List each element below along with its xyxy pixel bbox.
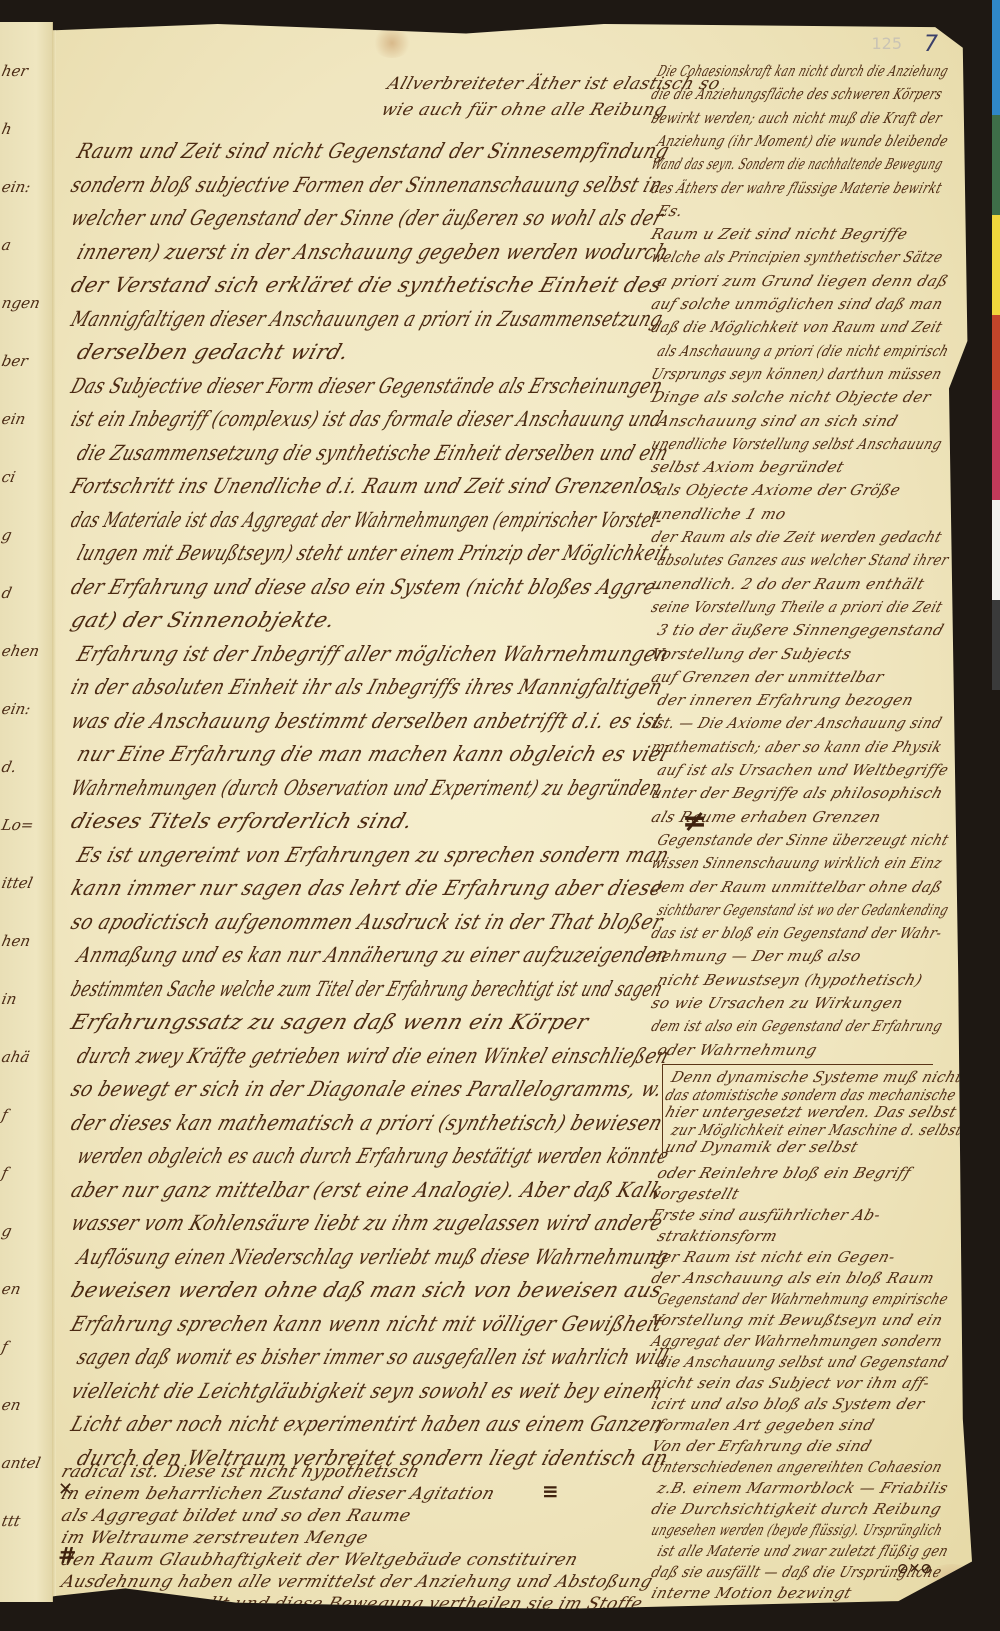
handwritten-line: Ausdehnung haben alle vermittelst der An…: [59, 1572, 656, 1592]
handwritten-line: Erfahrung sprechen kann wenn nicht mit v…: [68, 1312, 666, 1336]
handwritten-line: nicht Bewustseyn (hypothetisch): [655, 971, 925, 989]
left-page-fragment: g: [0, 526, 13, 544]
handwritten-line: Gegenstand der Wahrnehmung empirische: [655, 1290, 951, 1308]
handwritten-line: a priori zum Grund liegen denn daß: [655, 272, 951, 290]
handwritten-line: in einem beharrlichen Zustand dieser Agi…: [59, 1484, 498, 1504]
handwritten-line: Vorstellung der Subjects: [649, 645, 854, 663]
page-number: 7: [924, 32, 938, 57]
left-page-fragment: f: [0, 1338, 9, 1356]
handwritten-line: so wie Ursachen zu Wirkungen: [649, 994, 905, 1012]
handwritten-line: der Raum ist nicht ein Gegen-: [649, 1248, 898, 1266]
handwritten-line: selbst Axiom begründet: [649, 458, 847, 476]
left-page-fragment: d: [0, 584, 13, 602]
left-page-fragment: ittel: [0, 874, 34, 892]
handwritten-line: Anziehung (ihr Moment) die wunde bleiben…: [655, 132, 951, 150]
left-page-fragment: her: [0, 62, 30, 80]
handwritten-line: als Anschauung a priori (die nicht empir…: [655, 342, 951, 360]
handwritten-line: lungen mit Bewußtseyn) steht unter einem…: [74, 541, 672, 565]
handwritten-line: das Materiale ist das Aggregat der Wahrn…: [68, 508, 666, 532]
handwritten-line: Erfahrung ist der Inbegriff aller möglic…: [74, 642, 672, 666]
handwritten-line: bewirkt werden; auch nicht muß die Kraft…: [649, 109, 945, 127]
handwritten-line: beweisen werden ohne daß man sich von be…: [68, 1278, 666, 1302]
handwritten-line: was die Anschauung bestimmt derselben an…: [68, 709, 665, 733]
handwritten-line: formalen Art gegeben sind: [655, 1416, 877, 1434]
handwritten-line: hier untergesetzt werden. Das selbst: [663, 1103, 959, 1121]
pencil-folio-number: 125: [871, 34, 902, 53]
handwritten-line: Anschauung sind an sich sind: [655, 412, 900, 430]
stain: [372, 28, 412, 58]
handwritten-line: Denn dynamische Systeme muß nicht: [669, 1068, 965, 1086]
oxo-mark-icon: ⊘✕⊘: [897, 1561, 932, 1577]
handwritten-line: zur Möglichkeit einer Maschine d. selbst: [669, 1121, 965, 1139]
handwritten-line: ungesehen werden (beyde flüssig). Ursprü…: [649, 1521, 945, 1539]
handwritten-line: kann immer nur sagen das lehrt die Erfah…: [68, 876, 666, 900]
handwritten-line: als Objecte Axiome der Größe: [655, 481, 903, 499]
handwritten-line: welcher und Gegenstand der Sinne (der äu…: [68, 206, 666, 230]
left-page-fragment: Lo=: [0, 816, 35, 834]
handwritten-line: Es ist ungereimt von Erfahrungen zu spre…: [74, 843, 672, 867]
handwritten-line: vorgehender Elemente: [655, 1605, 845, 1623]
handwritten-line: ist. — Die Axiome der Anschauung sind: [649, 714, 944, 732]
handwritten-line: durch zwey Kräfte getrieben wird die ein…: [74, 1044, 672, 1068]
handwritten-line: werden obgleich es auch durch Erfahrung …: [74, 1144, 672, 1168]
left-page-fragment: ahä: [0, 1048, 31, 1066]
handwritten-line: sondern bloß subjective Formen der Sinne…: [68, 173, 665, 197]
handwritten-line: dieses Titels erforderlich sind.: [68, 809, 416, 833]
calib-gray: [992, 600, 1000, 690]
handwritten-line: 3 tio der äußere Sinnengegenstand: [655, 621, 947, 639]
manuscript-page: 125 7 Allverbreiteter Äther ist elastisc…: [52, 24, 972, 1609]
calib-blue: [992, 0, 1000, 115]
handwritten-line: vielleicht die Leichtgläubigkeit seyn so…: [68, 1379, 666, 1403]
handwritten-line: die die Anziehungsfläche des schweren Kö…: [649, 85, 945, 103]
handwritten-line: Fortschritt ins Unendliche d.i. Raum und…: [68, 474, 665, 498]
handwritten-line: aber nur ganz mittelbar (erst eine Analo…: [68, 1178, 666, 1202]
handwritten-line: mathematisch; aber so kann die Physik: [649, 738, 945, 756]
handwritten-line: absolutes Ganzes aus welcher Stand ihrer: [655, 551, 951, 569]
handwritten-line: wasser vom Kohlensäure liebt zu ihm zuge…: [68, 1211, 666, 1235]
handwritten-line: die Anschauung selbst und Gegenstand: [655, 1353, 951, 1371]
handwritten-line: so apodictisch aufgenommen Ausdruck ist …: [68, 910, 666, 934]
left-page-fragment: antel: [0, 1454, 42, 1472]
handwritten-line: unendliche 1 mo: [649, 505, 789, 523]
fold-line: [52, 24, 56, 1609]
handwritten-line: den Raum Glaubhaftigkeit der Weltgebäude…: [59, 1550, 581, 1570]
handwritten-line: welche als Principien synthetischer Sätz…: [649, 248, 945, 266]
left-page-fragment: hen: [0, 932, 32, 950]
handwritten-line: das ist er bloß ein Gegenstand der Wahr-: [649, 924, 944, 942]
handwritten-line: unendliche Vorstellung selbst Anschauung: [649, 435, 944, 453]
left-page-fragment: ein:: [0, 178, 32, 196]
handwritten-line: Erste sind ausführlicher Ab-: [649, 1206, 883, 1224]
left-page-fragment: f: [0, 1106, 9, 1124]
handwritten-line: Aggregat der Wahrnehmungen sondern: [649, 1332, 945, 1350]
handwritten-line: Licht aber noch nicht experimentirt habe…: [68, 1412, 666, 1436]
handwritten-line: derselben gedacht wird.: [74, 340, 352, 364]
handwritten-line: dem ist also ein Gegenstand der Erfahrun…: [649, 1017, 945, 1035]
handwritten-line: sichtbarer Gegenstand ist wo der Gedanke…: [655, 901, 951, 919]
handwritten-line: icirt und also bloß als System der: [649, 1395, 927, 1413]
left-page-fragment: ci: [0, 468, 17, 486]
handwritten-line: seine Vorstellung Theile a priori die Ze…: [649, 598, 945, 616]
handwritten-line: dem der Raum unmittelbar ohne daß: [649, 878, 945, 896]
insertion-mark-icon: #: [58, 1544, 76, 1569]
handwritten-line: Ursprungs seyn können) darthun müssen: [649, 365, 944, 383]
handwritten-line: auf Grenzen der unmittelbar: [649, 668, 886, 686]
handwritten-line: nur Eine Erfahrung die man machen kann o…: [74, 742, 671, 766]
handwritten-line: interne Motion bezwingt: [649, 1584, 854, 1602]
handwritten-line: und Dynamik der selbst: [663, 1138, 861, 1156]
handwritten-line: der Erfahrung und diese also ein System …: [68, 575, 666, 599]
handwritten-line: der Raum als die Zeit werden gedacht: [649, 528, 944, 546]
color-calibration-strip: [992, 0, 1000, 690]
left-page-fragment: h: [0, 120, 13, 138]
handwritten-line: der Verstand sich erkläret die synthetis…: [68, 273, 665, 297]
handwritten-line: Auflösung einen Niederschlag verliebt mu…: [74, 1245, 672, 1269]
calib-yellow: [992, 215, 1000, 315]
handwritten-line: sagen daß womit es bisher immer so ausge…: [74, 1345, 671, 1369]
left-page-fragment: g: [0, 1222, 13, 1240]
handwritten-line: inneren) zuerst in der Anschauung gegebe…: [74, 240, 672, 264]
handwritten-line: Unterschiedenen angereihten Cohaesion: [649, 1458, 945, 1476]
left-page-fragment: f: [0, 1164, 9, 1182]
handwritten-line: der dieses kan mathematisch a priori (sy…: [68, 1111, 666, 1135]
handwritten-line: gerade vorgestellt und diese Bewegung ve…: [59, 1594, 646, 1614]
left-page-fragment: ttt: [0, 1512, 22, 1530]
left-page-fragment: ehen: [0, 642, 41, 660]
handwritten-line: so bewegt er sich in der Diagonale eines…: [68, 1077, 666, 1101]
handwritten-line: des Äthers der wahre flüssige Materie be…: [649, 179, 944, 197]
left-page-fragment: d.: [0, 758, 18, 776]
handwritten-line: Wand das seyn. Sondern die nachhaltende …: [649, 155, 945, 173]
insertion-mark-icon: ≠: [682, 804, 707, 839]
handwritten-line: nicht sein das Subject vor ihm aff-: [649, 1374, 932, 1392]
handwritten-line: gat) der Sinnenobjekte.: [68, 608, 339, 632]
left-page-edge: herhein:angenbereincigdehenein:d.Lo=itte…: [0, 22, 53, 1602]
handwritten-line: Raum und Zeit sind nicht Gegenstand der …: [74, 139, 672, 163]
left-page-fragment: ber: [0, 352, 29, 370]
handwritten-line: Das Subjective dieser Form dieser Gegens…: [68, 374, 666, 398]
insertion-mark-icon: ✕: [58, 1479, 73, 1500]
calib-red: [992, 390, 1000, 500]
handwritten-line: Erfahrungssatz zu sagen daß wenn ein Kör…: [68, 1010, 592, 1034]
left-page-fragment: ngen: [0, 294, 42, 312]
left-page-fragment: ein:: [0, 700, 32, 718]
handwritten-line: bestimmten Sache welche zum Titel der Er…: [68, 977, 666, 1001]
handwritten-line: Mannigfaltigen dieser Anschauungen a pri…: [68, 307, 666, 331]
handwritten-line: der inneren Erfahrung bezogen: [655, 691, 916, 709]
calib-green: [992, 115, 1000, 215]
handwritten-line: straktionsform: [655, 1227, 780, 1245]
insertion-mark-icon: ≡: [542, 1479, 559, 1503]
handwritten-line: Von der Erfahrung die sind: [649, 1437, 874, 1455]
calib-white: [992, 500, 1000, 600]
handwritten-line: radical ist. Diese ist nicht hypothetisc…: [59, 1462, 423, 1482]
calib-orange: [992, 315, 1000, 390]
handwritten-line: Raum u Zeit sind nicht Begriffe: [649, 225, 910, 243]
handwritten-line: wie auch für ohne alle Reibung: [379, 100, 670, 120]
left-page-fragment: a: [0, 236, 13, 254]
handwritten-line: unendlich. 2 do der Raum enthält: [649, 575, 927, 593]
left-page-fragment: in: [0, 990, 18, 1008]
handwritten-line: Dinge als solche nicht Objecte der: [649, 388, 933, 406]
handwritten-line: ist ein Inbegriff (complexus) ist das fo…: [68, 407, 666, 431]
handwritten-line: oder Wahrnehmung: [655, 1041, 820, 1059]
handwritten-line: wissen Sinnenschauung wirklich ein Einz: [649, 854, 945, 872]
handwritten-line: unter der Begriffe als philosophisch: [649, 784, 945, 802]
handwritten-line: Die Cohaesionskraft kan nicht durch die …: [655, 62, 951, 80]
left-page-fragment: en: [0, 1280, 22, 1298]
handwritten-line: die Zusammensetzung die synthetische Ein…: [74, 441, 672, 465]
left-page-fragment: en: [0, 1396, 22, 1414]
handwritten-line: vorgestellt: [649, 1185, 742, 1203]
handwritten-line: auf ist als Ursachen und Weltbegriffe: [655, 761, 951, 779]
handwritten-line: der Anschauung als ein bloß Raum: [649, 1269, 937, 1287]
handwritten-line: ist alle Materie und zwar zuletzt flüßig…: [655, 1542, 951, 1560]
handwritten-line: Wahrnehmungen (durch Observation und Exp…: [68, 776, 665, 800]
handwritten-line: oder Reinlehre bloß ein Begriff: [655, 1164, 913, 1182]
handwritten-line: nehmung — Der muß also: [649, 947, 864, 965]
handwritten-line: Es.: [655, 202, 686, 220]
handwritten-line: in der absoluten Einheit ihr als Inbegri…: [68, 675, 666, 699]
handwritten-line: Vorstellung mit Bewußtseyn und ein: [649, 1311, 945, 1329]
handwritten-line: auf solche unmöglichen sind daß man: [649, 295, 945, 313]
handwritten-line: als Aggregat bildet und so den Raume: [59, 1506, 414, 1526]
handwritten-line: Anmaßung und es kan nur Annäherung zu ei…: [74, 943, 672, 967]
handwritten-line: z.B. einem Marmorblock — Friabilis: [655, 1479, 951, 1497]
handwritten-line: daß die Möglichkeit von Raum und Zeit: [649, 318, 945, 336]
handwritten-line: das atomistische sondern das mechanische: [663, 1086, 959, 1104]
handwritten-line: im Weltraume zerstreuten Menge: [59, 1528, 371, 1548]
handwritten-line: die Durchsichtigkeit durch Reibung: [649, 1500, 944, 1518]
left-page-fragment: ein: [0, 410, 27, 428]
